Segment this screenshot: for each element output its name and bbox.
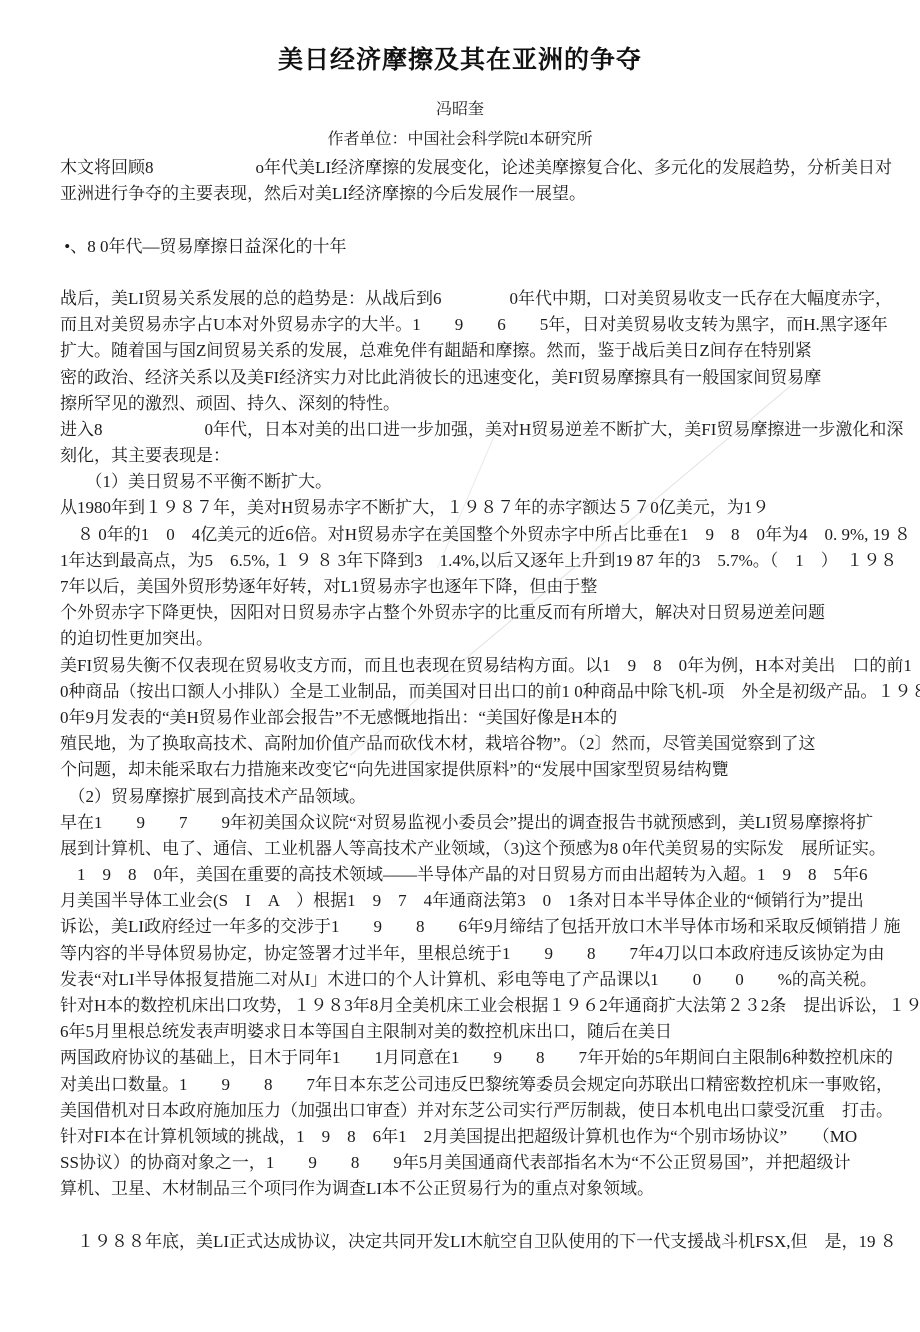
text-line: ８ 0年的1 0 4亿美元的近6倍。对H贸易赤字在美国整个外贸赤字中所占比垂在1… <box>60 522 900 548</box>
text-line: 美国借机对日本政府施加压力（加强出口审查）并对东芝公司实行严厉制裁，使日本机电出… <box>60 1098 900 1124</box>
text-line: 算机、卫星、木材制品三个项冃作为调查LI本不公正贸易行为的重点对象领域。 <box>60 1176 900 1202</box>
text-line: 亚洲进行争夺的主要表现，然后对美LI经济摩擦的今后发展作一展望。 <box>60 181 900 207</box>
text-line: 个问题，却未能采取右力措施来改变它“向先进国家提供原料”的“发展中国家型贸易结构… <box>60 757 900 783</box>
document-affiliation: 作者单位：中国社会科学院tl本研究所 <box>0 128 920 152</box>
text-line: 从1980年到１９８７年，美对H贸易赤字不断扩大，１９８７年的赤字额达５７0亿美… <box>60 495 900 521</box>
text-line: 0年9月发表的“美H贸易作业部会报告”不无感慨地指出：“美国好像是H本的 <box>60 705 900 731</box>
text-line: 展到计算机、电了、通信、工业机器人等高技术产业领域，（3)这个预感为8 0年代美… <box>60 836 900 862</box>
document-title: 美日经济摩擦及其在亚洲的争夺 <box>0 44 920 77</box>
text-line: 殖民地，为了换取高技术、高附加价值产品而砍伐木材，栽培谷物”。（2〕然而，尽管美… <box>60 731 900 757</box>
text-line: 针对H本的数控机床出口攻势，１９８3年8月全美机床工业会根据１９６2年通商扩大法… <box>60 993 900 1019</box>
document-body: 木文将回顾8 o年代美LI经济摩擦的发展变化，论述美摩擦复合化、多元化的发展趋势… <box>60 155 900 1255</box>
text-line: 两国政府协议的基础上，日木于同年1 1月同意在1 9 8 7年开始的5年期间白主… <box>60 1045 900 1071</box>
text-line: 1 9 8 0年，美国在重要的高技术领域——半导体产晶的对日贸易方而由出超转为入… <box>60 862 900 888</box>
text-line: 而且对美贸易赤字占U本对外贸易赤字的大半。1 9 6 5年，日对美贸易收支转为黑… <box>60 312 900 338</box>
text-line: 针对FI本在计算机领域的挑战，1 9 8 6年1 2月美国提出把超级计算机也作为… <box>60 1124 900 1150</box>
text-line: （2）贸易摩擦扩展到高技术产品领域。 <box>60 784 900 810</box>
text-line: 月美国半导体工业会(S I A ）根据1 9 7 4年通商法第3 0 1条对日本… <box>60 888 900 914</box>
text-line: •、8 0年代—贸易摩擦日益深化的十年 <box>60 234 900 260</box>
text-line: 美FI贸易失衡不仅表现在贸易收支方而，而且也表现在贸易结构方面。以1 9 8 0… <box>60 653 900 679</box>
text-line: 对美出口数量。1 9 8 7年日本东芝公司违反巴黎统筹委员会规定向苏联出口精密数… <box>60 1072 900 1098</box>
text-line: 擦所罕见的激烈、顽固、持久、深刻的特性。 <box>60 391 900 417</box>
text-line: 密的政治、经济关系以及美FI经济实力对比此消彼长的迅速变化，美FI贸易摩擦具有一… <box>60 365 900 391</box>
text-line: 6年5月里根总统发表声明婆求日本等国自主限制对美的数控机床出口，随后在美日 <box>60 1019 900 1045</box>
text-line: 战后，美LI贸易关系发展的总的趋势是：从战后到6 0年代中期，口对美贸易收支一氏… <box>60 286 900 312</box>
text-line: 扩大。随着国与国Z间贸易关系的发展，总难免伴有龃龉和摩擦。然而，鉴于战后美日Z间… <box>60 338 900 364</box>
blank-line <box>60 260 900 286</box>
text-line: 个外贸赤字下降更快，因阳对日贸易赤字占整个外贸赤字的比重反而有所增大，解决对日贸… <box>60 600 900 626</box>
text-line: 0种商品（按出口额人小排队）全是工业制品，而美国对日出口的前1 0种商品中除飞机… <box>60 679 900 705</box>
text-line: 发表“对LI半导体报复措施二对从I」木进口的个人计算机、彩电等电了产品课以1 0… <box>60 967 900 993</box>
text-line: SS协议）的协商对象之一，1 9 8 9年5月美国通商代表部指名木为“不公正贸易… <box>60 1150 900 1176</box>
text-line: 早在1 9 7 9年初美国众议院“对贸易监视小委员会”提出的调查报告书就预感到，… <box>60 810 900 836</box>
text-line: 诉讼，美LI政府经过一年多的交涉于1 9 8 6年9月缔结了包括开放口木半导体市… <box>60 914 900 940</box>
blank-line <box>60 207 900 233</box>
text-line: （1）美日贸易不平衡不断扩大。 <box>60 469 900 495</box>
text-line: 木文将回顾8 o年代美LI经济摩擦的发展变化，论述美摩擦复合化、多元化的发展趋势… <box>60 155 900 181</box>
text-line: 的迫切性更加突出。 <box>60 626 900 652</box>
document-author: 冯昭奎 <box>0 98 920 122</box>
text-line: 刻化，其主要表现是： <box>60 443 900 469</box>
text-line: 7年以后，美国外贸形势逐年好转，对L1贸易赤字也逐年下降，但由于整 <box>60 574 900 600</box>
text-line: 1年达到最高点，为5 6.5%, １ ９ ８ 3年下降到3 1.4%,以后又逐年… <box>60 548 900 574</box>
text-line: 等内容的半导体贸易协定，协定签署才过半年，里根总统于1 9 8 7年4刀以口本政… <box>60 941 900 967</box>
text-line: 进入8 0年代，日本对美的出口进一步加强，美对H贸易逆差不断扩大，美FI贸易摩擦… <box>60 417 900 443</box>
document-page: 美日经济摩擦及其在亚洲的争夺 冯昭奎 作者单位：中国社会科学院tl本研究所 木文… <box>0 0 920 1332</box>
blank-line <box>60 1203 900 1229</box>
text-line: １９８８年底，美LI正式达成协议，决定共同开发LI木航空自卫队使用的下一代支援战… <box>60 1229 900 1255</box>
